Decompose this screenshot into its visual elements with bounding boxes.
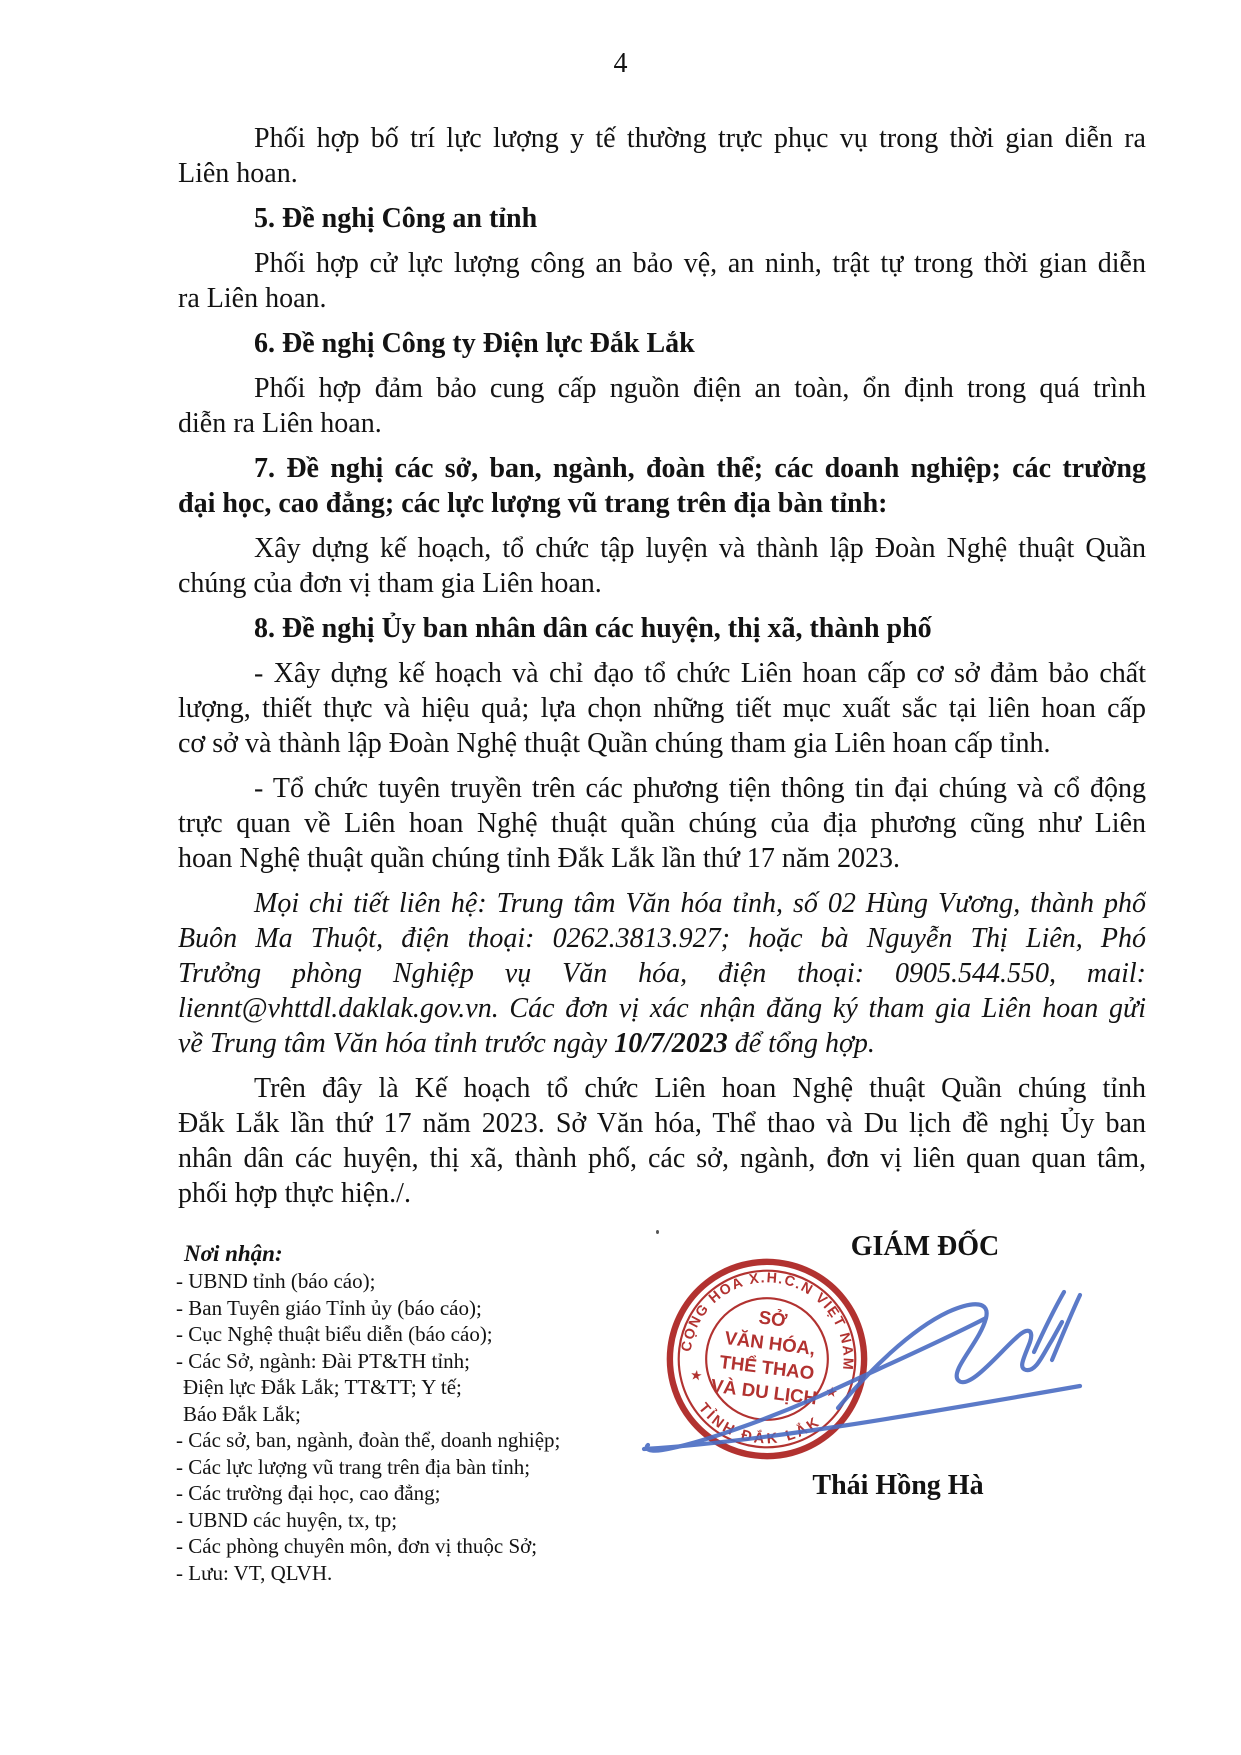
- text-line: Liên hoan.: [178, 156, 1146, 191]
- paragraph: - Tổ chức tuyên truyền trên các phương t…: [178, 771, 1146, 876]
- text-line: Phối hợp bố trí lực lượng y tế thường tr…: [178, 121, 1146, 156]
- text-line: chúng của đơn vị tham gia Liên hoan.: [178, 566, 1146, 601]
- recipients-title: Nơi nhận:: [176, 1240, 646, 1268]
- paragraph: Phối hợp cử lực lượng công an bảo vệ, an…: [178, 246, 1146, 316]
- recipient-item: Điện lực Đắk Lắk; TT&TT; Y tế;: [176, 1374, 646, 1401]
- recipient-item: - Các Sở, ngành: Đài PT&TH tỉnh;: [176, 1348, 646, 1375]
- text-line: trực quan về Liên hoan Nghệ thuật quần c…: [178, 806, 1146, 841]
- document-page: 4 Phối hợp bố trí lực lượng y tế thường …: [0, 0, 1241, 1755]
- paragraph: Xây dựng kế hoạch, tổ chức tập luyện và …: [178, 531, 1146, 601]
- text-segment: về Trung tâm Văn hóa tỉnh trước ngày: [178, 1028, 614, 1059]
- text-line: Buôn Ma Thuột, điện thoại: 0262.3813.927…: [178, 921, 1146, 956]
- recipient-item: - Các phòng chuyên môn, đơn vị thuộc Sở;: [176, 1533, 646, 1560]
- heading-5: 5. Đề nghị Công an tỉnh: [178, 201, 1146, 236]
- recipient-item: - Các sở, ban, ngành, đoàn thể, doanh ng…: [176, 1427, 646, 1454]
- recipient-item: - Cục Nghệ thuật biểu diễn (báo cáo);: [176, 1321, 646, 1348]
- heading-8: 8. Đề nghị Ủy ban nhân dân các huyện, th…: [178, 611, 1146, 646]
- text-line: nhân dân các huyện, thị xã, thành phố, c…: [178, 1141, 1146, 1176]
- text-line: ra Liên hoan.: [178, 281, 1146, 316]
- text-line: Phối hợp cử lực lượng công an bảo vệ, an…: [178, 246, 1146, 281]
- text-line: Trưởng phòng Nghiệp vụ Văn hóa, điện tho…: [178, 956, 1146, 991]
- text-line: lượng, thiết thực và hiệu quả; lựa chọn …: [178, 691, 1146, 726]
- text-line: Xây dựng kế hoạch, tổ chức tập luyện và …: [178, 531, 1146, 566]
- closing-paragraph: Trên đây là Kế hoạch tổ chức Liên hoan N…: [178, 1071, 1146, 1211]
- ink-dot: [656, 1230, 659, 1234]
- deadline-date: 10/7/2023: [614, 1028, 728, 1059]
- page-number: 4: [0, 48, 1241, 80]
- text-line: phối hợp thực hiện./.: [178, 1176, 1146, 1211]
- heading-line: 5. Đề nghị Công an tỉnh: [178, 201, 1146, 236]
- recipients-block: Nơi nhận: - UBND tỉnh (báo cáo); - Ban T…: [176, 1240, 646, 1586]
- contact-paragraph: Mọi chi tiết liên hệ: Trung tâm Văn hóa …: [178, 886, 1146, 1061]
- text-line: Mọi chi tiết liên hệ: Trung tâm Văn hóa …: [178, 886, 1146, 921]
- recipient-item: - Ban Tuyên giáo Tỉnh ủy (báo cáo);: [176, 1295, 646, 1322]
- text-line: liennt@vhttdl.daklak.gov.vn. Các đơn vị …: [178, 991, 1146, 1026]
- text-line: Phối hợp đảm bảo cung cấp nguồn điện an …: [178, 371, 1146, 406]
- text-line: cơ sở và thành lập Đoàn Nghệ thuật Quần …: [178, 726, 1146, 761]
- recipient-item: - UBND các huyện, tx, tp;: [176, 1507, 646, 1534]
- text-line: diễn ra Liên hoan.: [178, 406, 1146, 441]
- handwritten-signature: [600, 1250, 1100, 1480]
- recipient-item: - UBND tỉnh (báo cáo);: [176, 1268, 646, 1295]
- heading-6: 6. Đề nghị Công ty Điện lực Đắk Lắk: [178, 326, 1146, 361]
- text-line: Đắk Lắk lần thứ 17 năm 2023. Sở Văn hóa,…: [178, 1106, 1146, 1141]
- text-line: - Xây dựng kế hoạch và chỉ đạo tổ chức L…: [178, 656, 1146, 691]
- heading-line: 6. Đề nghị Công ty Điện lực Đắk Lắk: [178, 326, 1146, 361]
- text-line: Trên đây là Kế hoạch tổ chức Liên hoan N…: [178, 1071, 1146, 1106]
- text-segment: để tổng hợp.: [728, 1028, 875, 1059]
- document-body: Phối hợp bố trí lực lượng y tế thường tr…: [178, 121, 1146, 1211]
- paragraph: Phối hợp bố trí lực lượng y tế thường tr…: [178, 121, 1146, 191]
- paragraph: Phối hợp đảm bảo cung cấp nguồn điện an …: [178, 371, 1146, 441]
- heading-7: 7. Đề nghị các sở, ban, ngành, đoàn thể;…: [178, 451, 1146, 521]
- signature-stroke: [838, 1304, 1062, 1408]
- heading-line: 8. Đề nghị Ủy ban nhân dân các huyện, th…: [178, 611, 1146, 646]
- paragraph: - Xây dựng kế hoạch và chỉ đạo tổ chức L…: [178, 656, 1146, 761]
- signer-name: Thái Hồng Hà: [738, 1470, 1058, 1502]
- text-line: hoan Nghệ thuật quần chúng tỉnh Đắk Lắk …: [178, 841, 1146, 876]
- recipient-item: - Lưu: VT, QLVH.: [176, 1560, 646, 1587]
- heading-line: 7. Đề nghị các sở, ban, ngành, đoàn thể;…: [178, 451, 1146, 486]
- recipient-item: - Các trường đại học, cao đẳng;: [176, 1480, 646, 1507]
- text-line: về Trung tâm Văn hóa tỉnh trước ngày 10/…: [178, 1026, 1146, 1061]
- recipient-item: Báo Đắk Lắk;: [176, 1401, 646, 1428]
- recipient-item: - Các lực lượng vũ trang trên địa bàn tỉ…: [176, 1454, 646, 1481]
- heading-line: đại học, cao đẳng; các lực lượng vũ tran…: [178, 486, 1146, 521]
- text-line: - Tổ chức tuyên truyền trên các phương t…: [178, 771, 1146, 806]
